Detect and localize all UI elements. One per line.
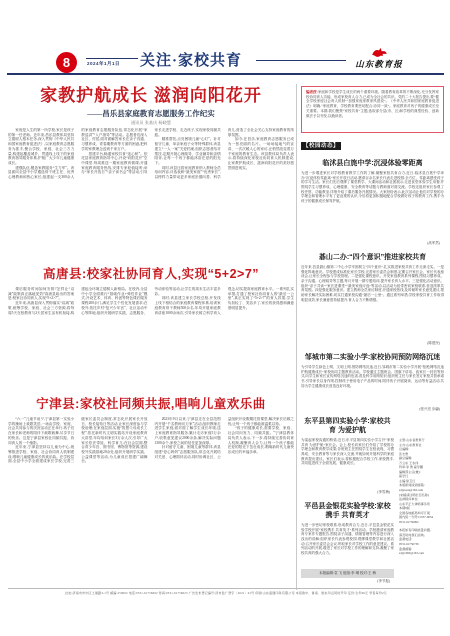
newspaper-logo: 山东教育报	[350, 47, 408, 69]
bottom-body: “六一”儿童节前夕,宁津县第一实验小学的操场上欢歌笑语,一场由学校、家庭、社会共…	[8, 417, 294, 585]
issue-date: 2024年1月1日	[87, 61, 120, 67]
news-headline-3: 邹城市第二实验小学:家校协同预防网络沉迷	[301, 353, 444, 362]
right-narrow-column: 东平县第四实验小学:家校共育 为爱护航 为架起家校沟通的桥梁,近日,东平县第四实…	[301, 410, 394, 584]
right-column: 编者按:家庭和学校是学生成长的两个重要环境。随着教育改革的不断深化,充分发挥家校…	[301, 86, 444, 412]
masthead-imprint: 主管:山东省教育厅主办:山东教育社总编辑:张志勇副总编辑:万立东 王永伟终审:李…	[399, 438, 445, 556]
masthead-logo-text: 山东教育报	[350, 59, 408, 69]
editor-note-box: 编者按:家庭和学校是学生成长的两个重要环境。随着教育改革的不断深化,充分发挥家校…	[301, 86, 444, 133]
section-title: 关注·家校共育	[140, 50, 242, 72]
news-body-2: 近年来,莒县碁山镇第二中心小学牢固树立“四个意识”,扎实推进家校共育工作走深走实…	[301, 265, 444, 341]
mid-headline: 高唐县:校家社协同育人,实现“5+2>7”	[8, 267, 294, 282]
lead-body: 家庭是人生的第一所学校,家长是孩子的第一任老师。近年来,昌乐县教体局坚持立德树人…	[8, 128, 294, 262]
lead-headline: 家教护航成长 滋润向阳花开	[8, 86, 294, 106]
news-headline-5: 平邑县金银花实验学校:家校携手 共育英才	[301, 502, 394, 520]
column-divider	[296, 84, 297, 590]
editor-note-label: 编者按:	[306, 90, 318, 94]
news-byline-2: (陈建民)	[301, 341, 444, 346]
bottom-headline: 宁津县:家校社同频共振,唱响儿童欢乐曲	[8, 397, 294, 412]
imprint-lines: 主管:山东省教育厅主办:山东教育社总编辑:张志勇副总编辑:万立东 王永伟终审:李…	[399, 438, 445, 524]
lead-subhead: ——昌乐县家庭教育志愿服务工作纪实	[8, 109, 294, 118]
page-footer: 社址:济南市市中区土屋路3-1号 邮编:250002 电话:0531-61756…	[8, 588, 444, 595]
header-rule	[7, 73, 444, 75]
news-byline-5: (李节振)	[301, 579, 394, 584]
date-rule	[86, 58, 138, 59]
bird-icon	[370, 47, 388, 59]
news-body-3: 为引导学生绿色上网、文明上网,预防网络沉迷,近日,邹城市第二实验小学开展“拒绝网…	[301, 365, 444, 407]
editor-note-text: 家庭和学校是学生成长的两个重要环境。随着教育改革的不断深化,充分发挥家校协同育人…	[306, 90, 439, 118]
news-body-1: 为进一步增进家长对学校教育教学工作的了解,凝聚家校共育合力,近日,临沭县白旄中学…	[301, 171, 444, 241]
news-headline-1: 临沭县白旄中学:沉浸体验零距离	[301, 159, 444, 168]
print-quality-notice: 本报如有印刷质量问题,请及时向我们反映。监督电话:0531-61756739监督…	[399, 528, 445, 555]
mid-body: 课后服务时间如何安排?怎样让“双减”政策真正落地见效?高唐县给出的答案是:校家社…	[8, 287, 294, 393]
news-byline-4: (李雪梅)	[301, 490, 394, 495]
news-body-4: 为架起家校沟通的桥梁,近日,东平县第四实验小学召开“家校共育 为爱护航”家长会。…	[301, 438, 394, 490]
news-headline-2: 碁山二办:“四个意识”推进家校共育	[301, 253, 444, 262]
campus-news-tag: 【校园动态】	[301, 142, 341, 150]
news-byline-1: (高军然)	[301, 241, 444, 246]
news-headline-4: 东平县第四实验小学:家校共育 为爱护航	[301, 417, 394, 435]
staff-credits-bar: 本版编辑:袁 飞 组版:李 琳 校对:王 梅	[301, 569, 394, 578]
page-number-badge: 8	[56, 52, 77, 73]
title-rule-right	[256, 60, 346, 61]
lead-byline: 通讯员 张基庆 杨晓慧	[8, 120, 294, 125]
